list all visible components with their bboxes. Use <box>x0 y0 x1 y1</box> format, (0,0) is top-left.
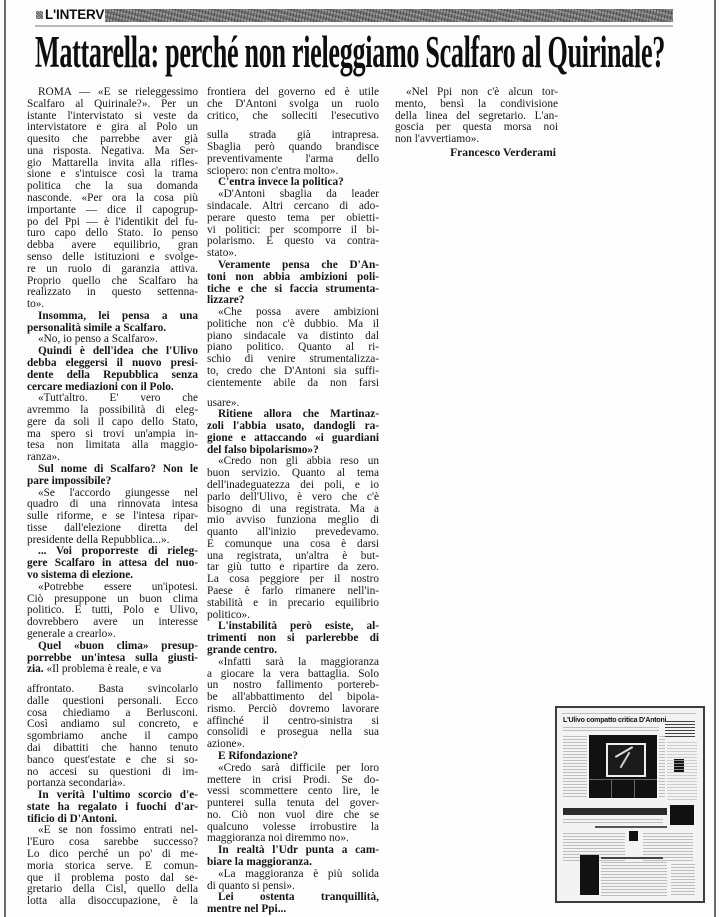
interview-question: Lei ostenta tranquillità,mentre nel Ppi.… <box>207 892 379 916</box>
page-border-left <box>4 0 6 917</box>
thumbnail-photo-main <box>589 735 657 798</box>
thumbnail-text-block-4 <box>671 863 695 895</box>
interview-answer: «Che possa avere ambizionipolitiche non … <box>207 307 379 409</box>
front-page-thumbnail: L'Ulivo compatto critica D'Antoni <box>555 706 705 903</box>
author-byline: Francesco Verderami <box>395 147 558 159</box>
interview-question: L'instabilità però esiste, al-trimenti n… <box>207 621 379 656</box>
thumbnail-text-left <box>563 735 587 797</box>
interview-question: Quindi è dell'idea che l'Ulivodebba eleg… <box>27 346 198 393</box>
interview-question: Veramente pensa che D'An-toni non abbia … <box>207 260 379 307</box>
thumbnail-subhead <box>563 727 659 731</box>
section-header: L'INTERVISTA <box>35 8 673 23</box>
interview-answer: «Infatti sarà la maggioranzaa giocare la… <box>207 657 379 751</box>
article-column-3: «Nel Ppi non c'è alcun tor-mento, bensì … <box>395 87 558 159</box>
text-line: cientemente abile da non farsi <box>207 378 379 390</box>
interview-question: In realtà l'Udr punta a cam-biare la mag… <box>207 845 379 869</box>
text-line: lotta alla disoccupazione, è la <box>27 896 198 908</box>
thumbnail-headline: L'Ulivo compatto critica D'Antoni <box>563 717 666 724</box>
interview-answer: «Credo sarà difficile per loromettere in… <box>207 763 379 845</box>
thumbnail-text-mid <box>659 735 665 797</box>
column-3-body: «Nel Ppi non c'è alcun tor-mento, bensì … <box>395 87 558 146</box>
text-line: critico, che solleciti l'esecutivo <box>207 111 379 123</box>
interview-answer: affrontato. Basta svincolarlodalle quest… <box>27 684 198 790</box>
thumbnail-photo-inset <box>606 743 646 777</box>
interview-question: Quel «buon clima» presup-porrebbe un'int… <box>27 641 198 676</box>
thumbnail-photo-right <box>670 805 694 825</box>
article-column-1: ROMA — «E se rieleggessimoScalfaro al Qu… <box>27 87 198 908</box>
section-header-pattern-bar <box>105 9 673 22</box>
article-headline: Mattarella: perché non rieleggiamo Scalf… <box>35 30 665 75</box>
thumbnail-photo-bottom <box>580 855 599 895</box>
thumbnail-masthead-line <box>562 711 696 714</box>
interview-answer: «Se l'accordo giungesse nelquadro di una… <box>27 488 198 547</box>
interview-answer: frontiera del governo ed è utileche D'An… <box>207 87 379 177</box>
text-line: realizzato in questo settenna- <box>27 287 198 299</box>
text-line: zia. «Il problema è reale, e va <box>27 664 198 676</box>
interview-answer: «Potrebbe essere un'ipotesi.Ciò presuppo… <box>27 582 198 641</box>
interview-answer: «Nel Ppi non c'è alcun tor-mento, bensì … <box>395 87 558 146</box>
thumbnail-bottom-rule <box>601 857 663 859</box>
interview-question: Ritiene allora che Martinaz-zoli l'abbia… <box>207 409 379 456</box>
thumbnail-sidebar-text <box>665 719 695 737</box>
interview-answer: «Tutt'altro. E' vero cheavremmo la possi… <box>27 393 198 464</box>
article-column-2: frontiera del governo ed è utileche D'An… <box>207 87 379 916</box>
interview-question: ... Voi proporreste di rieleg-gere Scalf… <box>27 546 198 581</box>
thumbnail-photo-center <box>629 831 638 841</box>
interview-answer: «La maggioranza è più solidadi quanto si… <box>207 869 379 893</box>
interview-question: In verità l'ultimo scorcio d'e-state ha … <box>27 790 198 825</box>
section-marker-icon <box>36 11 43 19</box>
thumbnail-caption <box>595 826 667 828</box>
interview-question: Sul nome di Scalfaro? Non lepare impossi… <box>27 464 198 488</box>
page-border-right <box>714 0 716 917</box>
interview-answer: «E se non fossimo entrati nel-l'Euro cos… <box>27 825 198 907</box>
interview-answer: «D'Antoni sbaglia da leadersindacale. Al… <box>207 189 379 260</box>
thumbnail-second-headline <box>563 808 667 815</box>
thumbnail-text-block-3 <box>601 862 667 896</box>
interview-answer: «Credo non gli abbia reso unbuon servizi… <box>207 456 379 621</box>
thumbnail-deck <box>563 818 663 823</box>
thumbnail-text-right <box>667 740 697 800</box>
text-line: mentre nel Ppi... <box>207 904 379 916</box>
interview-answer: ROMA — «E se rieleggessimoScalfaro al Qu… <box>27 87 198 311</box>
interview-question: Insomma, lei pensa a unapersonalità simi… <box>27 311 198 335</box>
text-line: non l'avvertiamo». <box>395 134 558 146</box>
